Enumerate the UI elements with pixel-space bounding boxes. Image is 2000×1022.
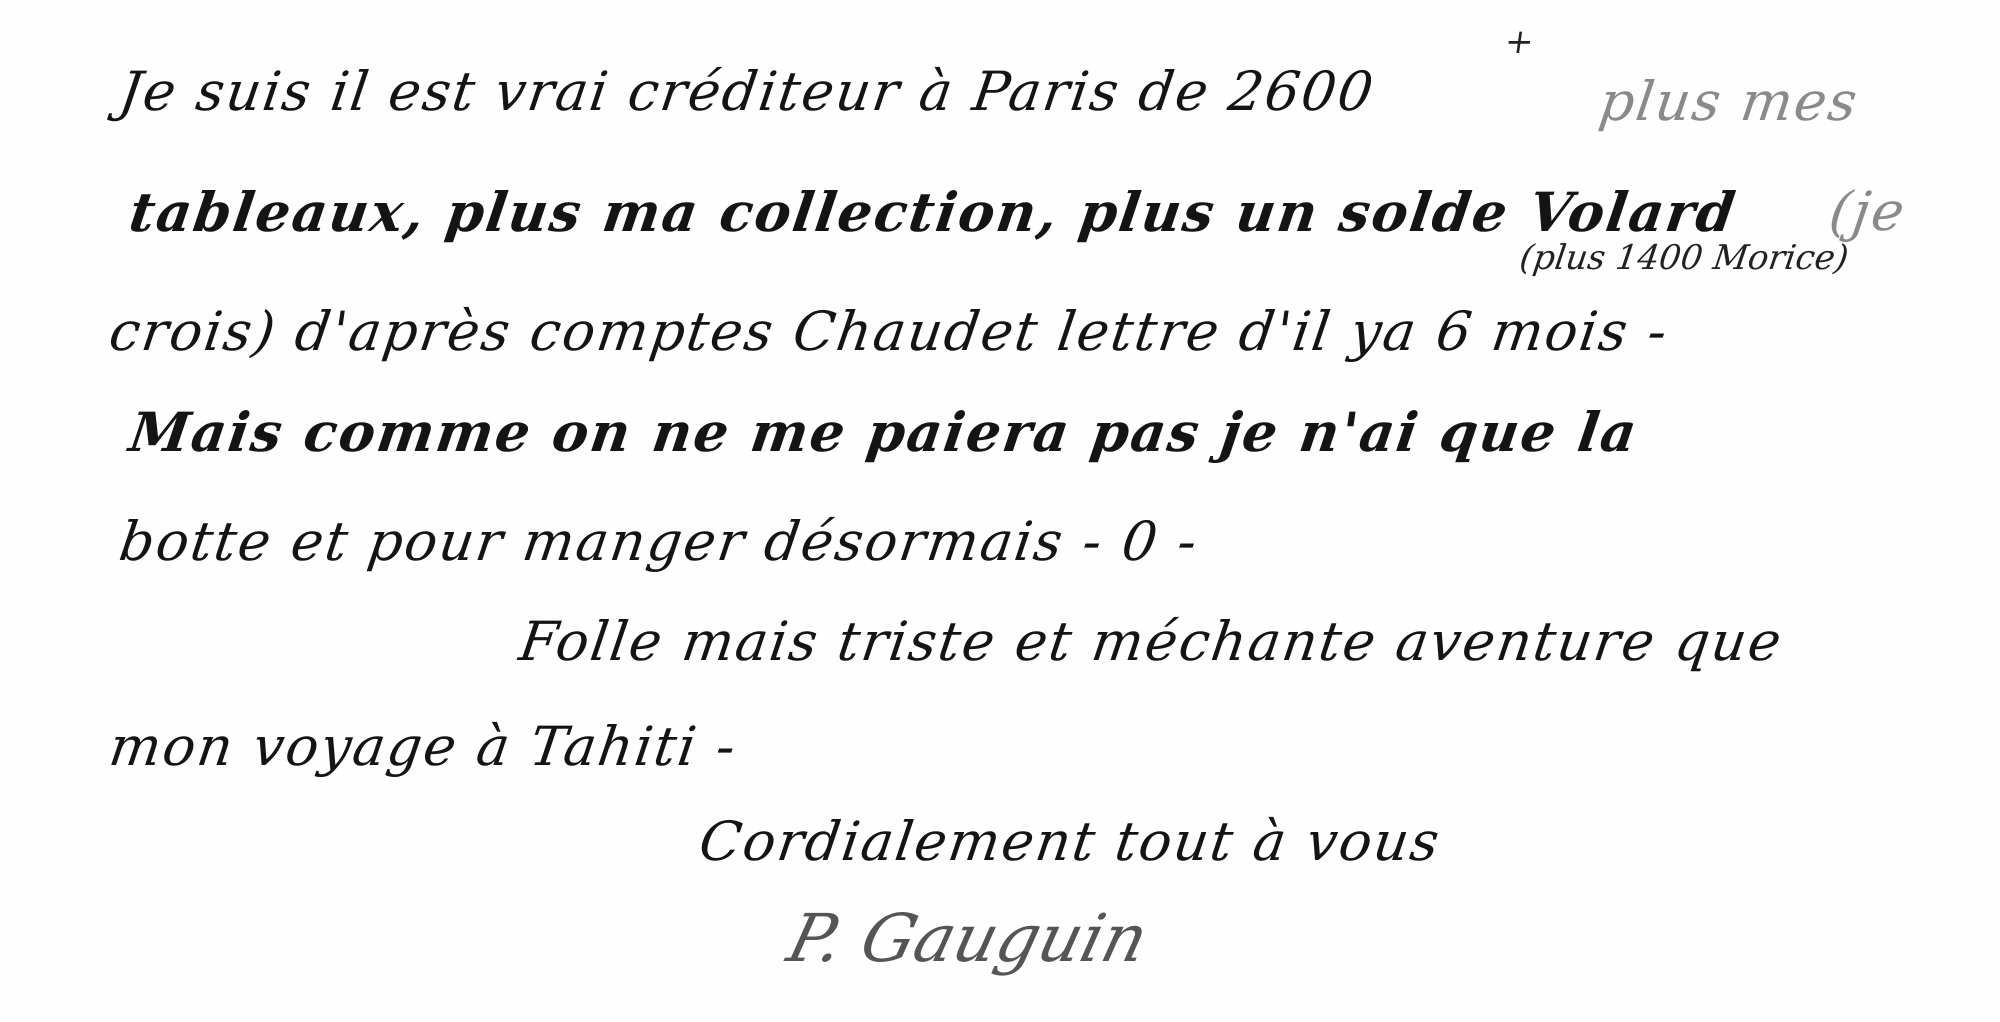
- letter-page: Je suis il est vrai créditeur à Paris de…: [0, 0, 2000, 1022]
- letter-line-7: mon voyage à Tahiti -: [106, 715, 742, 778]
- closing-line: Cordialement tout à vous: [696, 810, 1445, 873]
- letter-line-4: Mais comme on ne me paiera pas je n'ai q…: [126, 400, 1643, 464]
- letter-line-5: botte et pour manger désormais - 0 -: [116, 510, 1203, 573]
- superscript-mark: +: [1502, 22, 1536, 62]
- annotation-plus-mes: plus mes: [1596, 70, 1863, 133]
- annotation-je: (je: [1826, 180, 1911, 243]
- letter-line-2: tableaux, plus ma collection, plus un so…: [126, 180, 1741, 244]
- signature: P. Gauguin: [780, 900, 1155, 977]
- letter-line-6: Folle mais triste et méchante aventure q…: [516, 610, 1787, 673]
- letter-line-1: Je suis il est vrai créditeur à Paris de…: [116, 60, 1379, 123]
- insertion-plus-1400-morice: (plus 1400 Morice): [1517, 238, 1851, 278]
- letter-line-3: crois) d'après comptes Chaudet lettre d'…: [106, 300, 1673, 363]
